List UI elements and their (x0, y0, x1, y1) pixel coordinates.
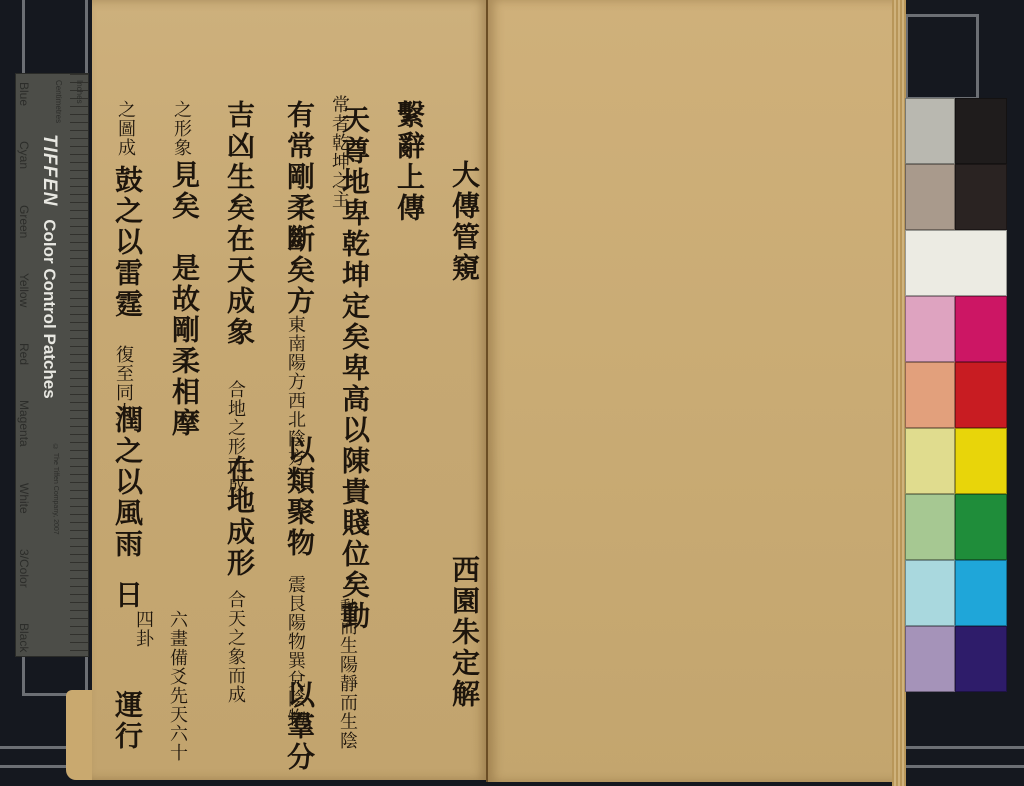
ruler-ticks (70, 74, 88, 656)
color-patch-white (905, 230, 1007, 296)
text-column-5d: 運行 (110, 690, 144, 752)
tiffen-color-control-strip: Inches Centimetres Blue Cyan Green Yello… (15, 73, 89, 657)
text-column-5c: 日 (110, 580, 144, 611)
author-line: 西園朱定解 (447, 555, 481, 710)
annotation-top-2: 常者乾坤之主 (322, 95, 356, 209)
color-label-green: Green (17, 205, 31, 238)
chapter-title: 繫辭上傳 (392, 100, 426, 224)
color-label-white: White (17, 483, 31, 514)
color-patch-pale-green (905, 494, 955, 560)
background-frame-right (905, 14, 979, 100)
page-edge-stack (892, 0, 906, 786)
text-column-5b: 潤之以風雨 (110, 405, 144, 560)
color-label-cyan: Cyan (17, 141, 31, 169)
strip-title: Color Control Patches (40, 219, 59, 398)
color-patch-black (955, 98, 1007, 164)
color-patch-indigo (955, 626, 1007, 692)
color-patch-light-gray (905, 98, 955, 164)
right-page-blank (488, 0, 898, 782)
text-column-2c: 以羣分 (282, 680, 316, 773)
annotation-top-5: 之圖成 (102, 100, 142, 157)
open-book: 大傳管窺 繫辭上傳 西園朱定解 天尊地卑乾坤定矣卑高以陳貴賤位矣動 動而生陽靜而… (92, 0, 904, 786)
text-column-3: 吉凶生矣在天成象 (222, 100, 256, 348)
color-patch-dark-brown (955, 164, 1007, 230)
color-patch-pale-cyan (905, 560, 955, 626)
color-patch-lavender (905, 626, 955, 692)
color-patch-red (955, 362, 1007, 428)
text-column-2b: 以類聚物 (282, 435, 316, 559)
color-patch-warm-gray (905, 164, 955, 230)
annotation-4: 六畫備爻先天六十四卦 (154, 610, 194, 780)
text-column-4: 見矣 是故剛柔相摩 (167, 160, 201, 439)
color-patch-cyan (955, 560, 1007, 626)
text-column-2: 有常剛柔斷矣方 (282, 100, 316, 317)
tiffen-brand: TIFFEN Color Control Patches (38, 134, 60, 399)
centimetres-label: Centimetres (54, 80, 63, 123)
color-label-blue: Blue (17, 82, 31, 106)
color-label-3color: 3/Color (17, 549, 31, 588)
text-column-5: 鼓之以雷霆 (110, 165, 144, 320)
book-title: 大傳管窺 (447, 160, 481, 284)
annotation-3b: 合天之象而成 (212, 590, 252, 704)
annotation-top-4: 之形象 (158, 100, 198, 157)
copyright-text: © The Tiffen Company, 2007 (52, 444, 59, 535)
left-page: 大傳管窺 繫辭上傳 西園朱定解 天尊地卑乾坤定矣卑高以陳貴賤位矣動 動而生陽靜而… (92, 0, 488, 780)
color-patch-magenta (955, 296, 1007, 362)
annotation-1: 動而生陽靜而生陰 (324, 598, 364, 750)
color-patch-green (955, 494, 1007, 560)
inches-label: Inches (75, 80, 84, 104)
color-label-yellow: Yellow (17, 273, 31, 307)
color-patch-salmon (905, 362, 955, 428)
color-patch-pink (905, 296, 955, 362)
text-column-3b: 在地成形 (222, 455, 256, 579)
color-labels: Blue Cyan Green Yellow Red Magenta White… (17, 82, 31, 652)
color-label-magenta: Magenta (17, 400, 31, 447)
color-label-black: Black (17, 623, 31, 652)
color-label-red: Red (17, 343, 31, 365)
color-patch-chart (905, 98, 1007, 692)
tiffen-logo: TIFFEN (39, 134, 60, 207)
color-patch-yellow (955, 428, 1007, 494)
color-patch-pale-yellow (905, 428, 955, 494)
